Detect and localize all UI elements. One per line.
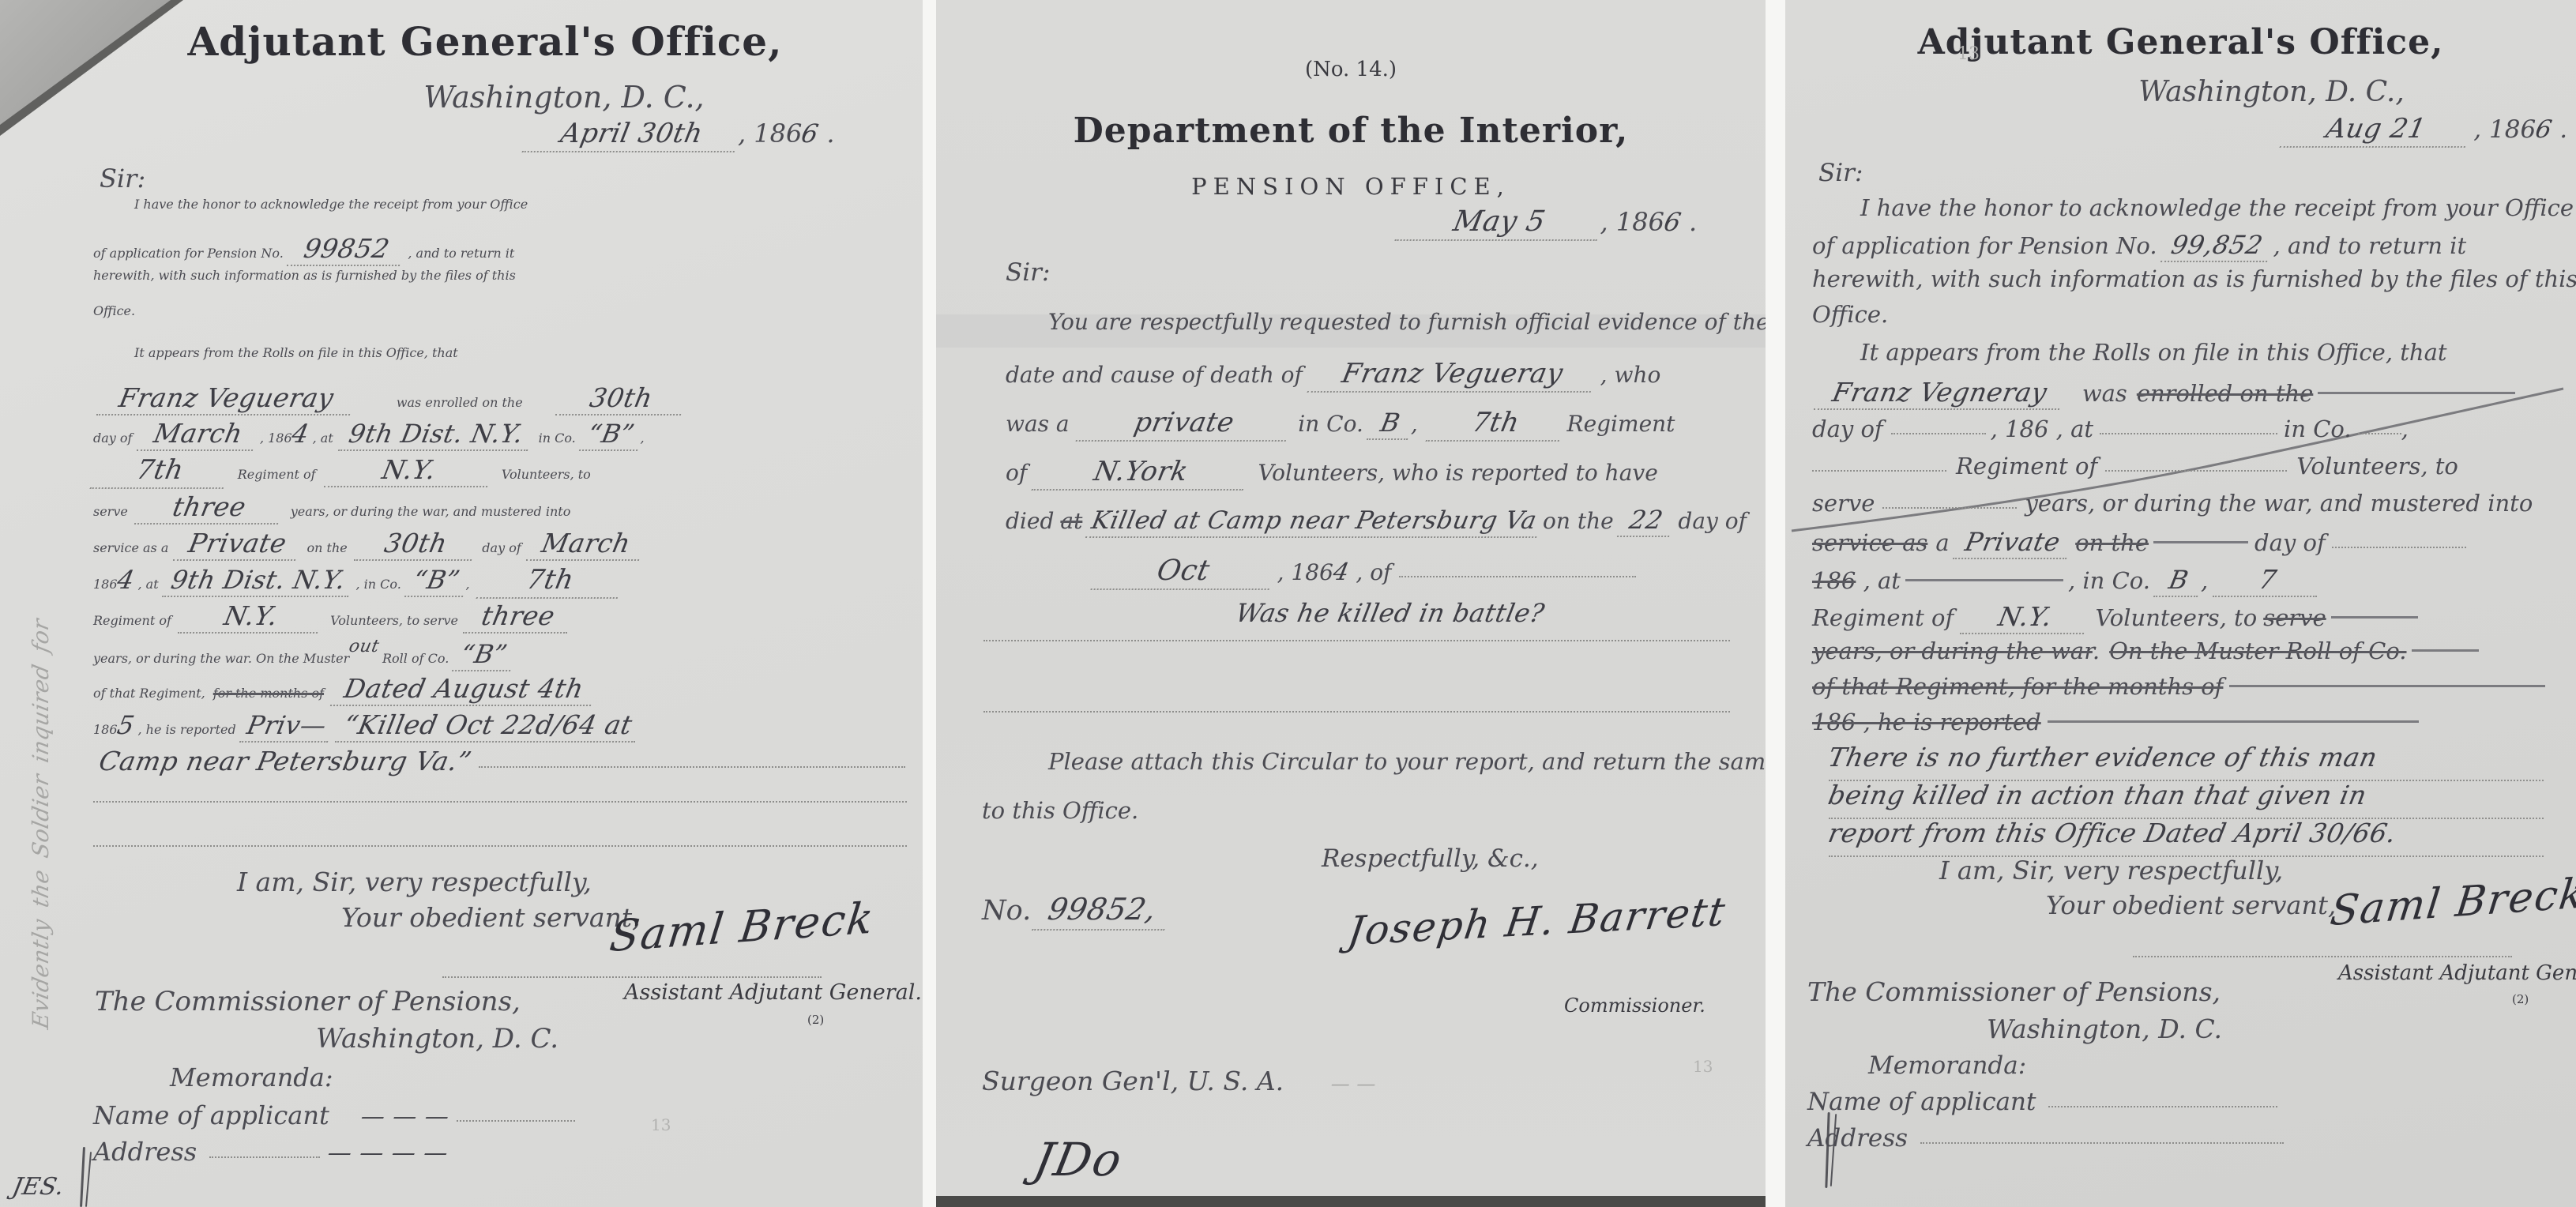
clerk-monogram-text: JDo <box>1029 1131 1128 1189</box>
printed-text: Volunteers, to <box>2296 453 2458 479</box>
printed-text: to this Office. <box>982 797 1138 824</box>
printed-text: at <box>1060 508 1082 534</box>
printed-text: Memoranda: <box>1868 1051 2026 1080</box>
document-line: Your obedient servant, <box>341 901 641 934</box>
margin-note-text: Evidently the Soldier inquired for <box>27 616 55 1031</box>
printed-text: Address <box>93 1137 197 1167</box>
document-line: years, or during the war.On the Muster R… <box>1812 637 2479 665</box>
printed-text: Adjutant General's Office, <box>187 18 782 65</box>
blank-rule <box>2048 1104 2277 1107</box>
document-line: It appears from the Rolls on file in thi… <box>134 345 458 361</box>
printed-text: Assistant Adjutant General. <box>2338 961 2576 985</box>
handwritten-text: There is no further evidence of this man <box>1826 741 2380 773</box>
doc-date: April 30th, 1866 . <box>525 117 835 152</box>
printed-text: PENSION OFFICE, <box>1191 173 1510 200</box>
document-line: Regiment ofN.Y.Volunteers, to servethree <box>93 600 570 634</box>
printed-text: of <box>1006 460 1027 486</box>
doc-date: May 5, 1866 . <box>1398 204 1697 241</box>
handwritten-text: 7th <box>90 453 230 489</box>
handwritten-text: March <box>137 417 260 451</box>
pension-number: No.99852, <box>982 891 1168 931</box>
document-line: Office. <box>93 303 135 319</box>
printed-text: of application for Pension No. <box>93 246 284 261</box>
document-line: Assistant Adjutant General. <box>2338 961 2576 987</box>
printed-text: Office. <box>93 303 135 318</box>
printed-text: . <box>1681 207 1697 237</box>
handwritten-text: Franz Vegneray <box>1814 376 2066 410</box>
printed-text: 186 , he is reported <box>1812 709 2041 735</box>
printed-text: Sir: <box>1006 258 1050 287</box>
document-line: Respectfully, &c., <box>1322 844 1539 874</box>
document-line: You are respectfully requested to furnis… <box>1048 308 1766 336</box>
document-line: I have the honor to acknowledge the rece… <box>134 197 528 212</box>
printed-text: , <box>641 431 645 446</box>
document-line: Surgeon Gen'l, U. S. A.— — <box>982 1065 1376 1097</box>
printed-text: day of <box>482 540 521 555</box>
blank-rule <box>479 765 905 768</box>
blank-rule <box>2133 954 2512 957</box>
document-line: Name of applicant— — — <box>93 1100 575 1132</box>
strike-line <box>2048 720 2419 723</box>
printed-text: Regiment of <box>1812 604 1954 631</box>
printed-text: Assistant Adjutant General. <box>624 980 922 1005</box>
blank-rule <box>1812 468 1946 472</box>
handwritten-finding: There is no further evidence of this man <box>1829 741 2544 781</box>
margin-note: Evidently the Soldier inquired for <box>27 619 55 1028</box>
printed-text: I have the honor to acknowledge the rece… <box>134 197 528 212</box>
clerk-monogram: JDo <box>1035 1131 1123 1189</box>
clerk-initials: JES. <box>9 1172 66 1202</box>
printed-text: was a <box>1006 411 1070 437</box>
handwritten-text: “B” <box>452 638 517 671</box>
printed-text: 186 <box>93 577 118 592</box>
document-line: Address— — — — <box>93 1136 448 1168</box>
document-line: of application for Pension No.99852, and… <box>93 232 514 266</box>
document-line: servethreeyears, or during the war, and … <box>93 491 570 525</box>
faint-stamp: 13 <box>1957 44 1980 64</box>
handwritten-text: B <box>1367 407 1414 440</box>
document-line: The Commissioner of Pensions, <box>1807 976 2221 1008</box>
document-line: Commissioner. <box>1564 994 1705 1017</box>
printed-text: on the <box>2075 529 2149 556</box>
printed-text: Sir: <box>100 164 145 194</box>
handwritten-text: Killed at Camp near Petersburg Va <box>1085 506 1543 538</box>
printed-text: in Co. <box>2284 415 2352 442</box>
handwritten-text: 7 <box>2213 563 2323 597</box>
printed-text: Department of the Interior, <box>1074 111 1629 151</box>
printed-text: , he is reported <box>134 722 235 737</box>
printed-text: was <box>2082 380 2127 407</box>
document-line: JES. <box>13 1172 64 1202</box>
printed-text: Volunteers, to <box>502 467 591 482</box>
document-line: 13 <box>1693 1057 1713 1077</box>
blank-rule <box>2358 431 2401 434</box>
document-line: 13 <box>1957 43 1980 66</box>
printed-text: years, or during the war <box>93 651 248 666</box>
printed-text: date and cause of death of <box>1006 362 1303 388</box>
printed-text: , 186 <box>738 118 802 149</box>
document-line: I have the honor to acknowledge the rece… <box>1860 194 2574 222</box>
handwritten-text: 7th <box>476 563 623 599</box>
signature-text: Saml Breck <box>607 891 878 964</box>
document-line: Memoranda: <box>170 1062 333 1093</box>
printed-text: Regiment <box>1566 411 1675 437</box>
document-line: serveyears, or during the war, and muste… <box>1812 489 2533 517</box>
handwritten-text: Private <box>173 527 303 561</box>
handwritten-text: three <box>134 491 284 525</box>
printed-text: day of <box>1678 508 1747 534</box>
printed-text: , <box>466 577 470 592</box>
signature: Joseph H. Barrett <box>1347 887 1728 956</box>
blank-rule <box>93 799 907 803</box>
handwritten-text: three <box>463 600 573 634</box>
handwritten-text: 99,852 <box>2160 229 2273 262</box>
blank-rule <box>442 975 822 978</box>
printed-text: , 186 <box>1277 559 1333 585</box>
document-line: service asaPrivateon theday of <box>1812 526 2466 559</box>
pen-flourish <box>80 1147 85 1207</box>
handwritten-text: Oct <box>1090 553 1276 590</box>
handwritten-text: N.Y. <box>323 453 494 487</box>
document-line: Washington, D. C. <box>1987 1013 2222 1045</box>
document-line: Franz Vegneraywasenrolled on the <box>1817 376 2515 410</box>
printed-text: (2) <box>2512 992 2529 1006</box>
printed-text: , 186 <box>260 431 292 446</box>
printed-text: died <box>1006 508 1054 534</box>
doc-place: Washington, D. C., <box>103 79 923 117</box>
printed-text: serve <box>93 504 128 519</box>
handwritten-finding: being killed in action than that given i… <box>1829 779 2544 819</box>
printed-text: , 186 <box>1600 207 1664 237</box>
page-right-letter-august: Adjutant General's Office,13Washington, … <box>1785 0 2576 1207</box>
handwritten-text: N.York <box>1032 455 1250 491</box>
printed-text: Washington, D. C. <box>316 1023 558 1055</box>
document-line: was aprivatein Co.B,7thRegiment <box>1006 406 1675 442</box>
document-line: Your obedient servant, <box>2046 889 2336 921</box>
handwritten-text: Private <box>1953 526 2073 559</box>
printed-text: on the <box>307 540 348 555</box>
document-line: Washington, D. C. <box>316 1022 558 1056</box>
handwritten-text: B <box>2153 564 2204 597</box>
signature-text: Joseph H. Barrett <box>1344 887 1729 957</box>
handwritten-text: 9th Dist. N.Y. <box>338 418 534 451</box>
handwritten-text: Dated August 4th <box>330 672 598 706</box>
handwritten-text: N.Y. <box>1960 600 2091 634</box>
document-line: Regiment ofVolunteers, to <box>1812 452 2458 480</box>
printed-text: I am, Sir, very respectfully, <box>237 867 592 897</box>
strike-line <box>2318 392 2515 394</box>
document-line: day ofMarch, 1864 , at9th Dist. N.Y.in C… <box>93 417 645 451</box>
handwritten-text: — — <box>1329 1072 1378 1096</box>
printed-text: day of <box>1812 415 1883 442</box>
handwritten-text: being killed in action than that given i… <box>1826 779 2370 811</box>
printed-text: , at <box>134 577 158 592</box>
handwritten-text: Aug 21 <box>2280 112 2473 148</box>
doc-date: Aug 21, 1866 . <box>2283 112 2567 148</box>
printed-text: , at <box>309 431 333 446</box>
printed-text: was enrolled on the <box>397 395 523 410</box>
printed-text: day of <box>93 431 132 446</box>
scan-edge-strip <box>936 1196 1766 1207</box>
document-line: day of, 186 , atin Co., <box>1812 415 2409 443</box>
handwritten-text: “B” <box>404 564 469 597</box>
printed-text: years, or during the war, and mustered i… <box>291 504 571 519</box>
printed-text: Washington, D. C., <box>2138 76 2405 108</box>
document-line: Memoranda: <box>1868 1051 2026 1081</box>
handwritten-text: 99852 <box>287 232 407 266</box>
printed-text: I am, Sir, very respectfully, <box>1939 855 2283 886</box>
signature: Saml Breck <box>2329 868 2576 937</box>
document-line: years, or during the war. On the Mustero… <box>93 636 513 671</box>
handwritten-text: Priv— <box>239 709 334 743</box>
printed-text: a <box>1935 529 1949 556</box>
handwritten-text: Franz Vegueray <box>1307 357 1597 393</box>
printed-text: herewith, with such information as is fu… <box>1812 265 2576 292</box>
printed-text: Regiment of <box>238 467 316 482</box>
handwritten-text: 7th <box>1425 406 1565 442</box>
handwritten-text: private <box>1075 406 1292 442</box>
printed-text: Surgeon Gen'l, U. S. A. <box>982 1066 1284 1096</box>
printed-text: of that Regiment, for the months of <box>1812 673 2223 700</box>
printed-text: Your obedient servant, <box>341 902 641 933</box>
page-left-letter-april: Adjutant General's Office,Washington, D.… <box>0 0 923 1207</box>
document-line: 1864 , at9th Dist. N.Y., in Co.“B”,7th <box>93 563 620 599</box>
printed-text: years, or during the war, and mustered i… <box>2025 490 2533 517</box>
printed-text: of that Regiment, <box>93 686 205 701</box>
handwritten-text: March <box>526 527 646 561</box>
blank-rule <box>1399 574 1636 577</box>
document-line: Please attach this Circular to your repo… <box>1048 747 1766 776</box>
printed-text: day of <box>2254 529 2326 556</box>
printed-text: , and to return it <box>408 246 514 261</box>
printed-text: Volunteers, who is reported to have <box>1258 460 1657 486</box>
document-line <box>93 837 907 853</box>
document-line: 186 , he is reported <box>1812 708 2419 736</box>
printed-text: Washington, D. C. <box>1987 1013 2222 1044</box>
printed-text: of application for Pension No. <box>1812 232 2157 259</box>
handwritten-text: 99852, <box>1032 891 1172 931</box>
document-line: date and cause of death ofFranz Vegueray… <box>1006 357 1660 393</box>
handwritten-text: April 30th <box>522 117 742 152</box>
document-line: diedatKilled at Camp near Petersburg Vao… <box>1006 504 1747 538</box>
printed-text: You are respectfully requested to furnis… <box>1048 309 1766 335</box>
printed-text: . <box>818 118 834 149</box>
printed-text: , 186 , at <box>1991 415 2093 442</box>
blank-rule <box>457 1119 575 1122</box>
doc-heading: Department of the Interior, <box>936 109 1766 152</box>
document-line: 1865 , he is reportedPriv—“Killed Oct 22… <box>93 709 638 743</box>
doc-place: Washington, D. C., <box>1876 74 2576 110</box>
printed-text: , in Co. <box>2068 567 2150 594</box>
document-line: Name of applicant <box>1807 1087 2277 1118</box>
handwritten-text: — — — — <box>325 1138 451 1168</box>
pen-flourish <box>85 1152 92 1207</box>
document-line: Sir: <box>100 163 145 194</box>
signature-text: Saml Breck <box>2327 868 2576 938</box>
printed-text: years, or during the war <box>1812 637 2093 664</box>
printed-text: , in Co. <box>355 577 401 592</box>
printed-text: 186 <box>93 722 118 737</box>
handwritten-text: May 5 <box>1394 204 1604 241</box>
document-line: The Commissioner of Pensions, <box>95 985 521 1019</box>
printed-text: Regiment of <box>93 613 171 628</box>
printed-text: , <box>2401 415 2409 442</box>
printed-text: It appears from the Rolls on file in thi… <box>134 345 458 360</box>
printed-text: in Co. <box>539 431 576 446</box>
signature: Saml Breck <box>608 892 876 964</box>
document-line <box>983 632 1730 648</box>
printed-text: On the Muster Roll of Co. <box>2109 637 2406 664</box>
blank-rule <box>2105 468 2287 472</box>
handwritten-text: — — — <box>358 1102 452 1132</box>
strike-line <box>2331 616 2418 619</box>
blank-rule <box>1920 1141 2284 1144</box>
printed-text: Name of applicant <box>1807 1088 2036 1116</box>
document-line: herewith, with such information as is fu… <box>93 268 516 284</box>
document-line: Regiment ofN.Y.Volunteers, toserve <box>1812 600 2418 634</box>
printed-text: , at <box>1856 567 1901 594</box>
printed-text: Regiment of <box>1956 453 2097 479</box>
faint-stamp: 13 <box>1693 1057 1713 1076</box>
document-line: of that Regiment,for the months ofDated … <box>93 672 594 706</box>
blank-rule <box>93 844 907 847</box>
printed-text: herewith, with such information as is fu… <box>93 268 516 283</box>
document-line: Franz Vegueraywas enrolled on the30th <box>100 382 683 415</box>
printed-text: Commissioner. <box>1564 995 1705 1017</box>
doc-subheading: PENSION OFFICE, <box>936 172 1766 201</box>
blank-rule <box>209 1155 320 1158</box>
printed-text: The Commissioner of Pensions, <box>1807 976 2221 1007</box>
printed-text: . On the Muster <box>248 651 349 666</box>
document-line: Camp near Petersburg Va.” <box>100 745 905 777</box>
document-line <box>983 703 1730 719</box>
document-line: ofN.YorkVolunteers, who is reported to h… <box>1006 455 1658 491</box>
form-number: (No. 14.) <box>936 57 1766 83</box>
document-line: of application for Pension No.99,852, an… <box>1812 229 2466 262</box>
handwritten-text: 9th Dist. N.Y. <box>162 564 355 597</box>
handwritten-text: “B” <box>579 418 644 451</box>
document-line: service as aPrivateon the30thday ofMarch <box>93 527 642 561</box>
handwritten-text: Was he killed in battle? <box>1233 597 1547 629</box>
page-middle-pension-circular: (No. 14.)Department of the Interior,PENS… <box>936 0 1766 1207</box>
handwritten-text: 30th <box>555 382 686 415</box>
document-line: Assistant Adjutant General. <box>624 980 922 1006</box>
printed-text: Please attach this Circular to your repo… <box>1048 748 1766 775</box>
printed-text: , who <box>1600 362 1661 388</box>
printed-text: Memoranda: <box>170 1062 333 1092</box>
handwritten-text: Franz Vegueray <box>96 382 356 415</box>
printed-text: . <box>2093 637 2100 664</box>
handwritten-text: “Killed Oct 22d/64 at <box>335 709 641 743</box>
printed-text: in Co. <box>1298 411 1363 437</box>
document-line: (2) <box>2512 992 2529 1007</box>
document-line: to this Office. <box>982 796 1138 825</box>
handwritten-text: 30th <box>354 527 478 561</box>
printed-text: Washington, D. C., <box>423 80 704 115</box>
document-line: Office. <box>1812 300 1888 329</box>
strike-line <box>2153 541 2248 543</box>
printed-text: . <box>2552 115 2567 144</box>
handwritten-text: Camp near Petersburg Va.” <box>96 745 474 777</box>
strike-line <box>2412 649 2479 652</box>
handwritten-text: N.Y. <box>178 600 325 634</box>
printed-text: Adjutant General's Office, <box>1918 22 2444 62</box>
document-line: of that Regiment, for the months of <box>1812 672 2545 701</box>
printed-text: Sir: <box>1818 159 1863 187</box>
printed-text: The Commissioner of Pensions, <box>95 986 521 1017</box>
printed-text: , 186 <box>2473 115 2536 144</box>
blank-rule <box>983 638 1730 641</box>
document-line: 13 <box>651 1115 671 1135</box>
strike-line <box>2229 685 2545 687</box>
document-line: I am, Sir, very respectfully, <box>237 866 592 898</box>
blank-rule <box>983 709 1730 713</box>
printed-text: 186 <box>1812 567 1856 594</box>
document-line: 7thRegiment ofN.Y.Volunteers, to <box>93 453 591 489</box>
document-line: (2) <box>807 1013 824 1028</box>
blank-rule <box>1891 431 1986 434</box>
blank-rule <box>2332 545 2466 548</box>
printed-text: , of <box>1349 559 1392 585</box>
blank-rule <box>2100 431 2277 434</box>
document-line: Address <box>1807 1123 2284 1154</box>
printed-text: Roll of Co. <box>382 651 449 666</box>
printed-text: , and to return it <box>2273 232 2467 259</box>
document-line: herewith, with such information as is fu… <box>1812 265 2576 293</box>
printed-text: (2) <box>807 1013 824 1027</box>
document-line: Sir: <box>1006 258 1050 288</box>
printed-text: Your obedient servant, <box>2046 890 2336 920</box>
printed-text: service as a <box>93 540 168 555</box>
printed-text: Volunteers, to <box>2096 604 2258 631</box>
doc-heading: Adjutant General's Office, <box>1785 21 2576 64</box>
doc-heading: Adjutant General's Office, <box>24 17 923 67</box>
strike-line <box>1905 579 2063 581</box>
printed-text: No. <box>982 895 1031 927</box>
blank-rule <box>1882 506 2017 509</box>
document-line: It appears from the Rolls on file in thi… <box>1860 338 2447 367</box>
handwritten-text: out <box>348 636 382 658</box>
printed-text: serve <box>2263 604 2326 631</box>
printed-text: Name of applicant <box>93 1100 329 1130</box>
document-line: I am, Sir, very respectfully, <box>1939 855 2283 886</box>
printed-text: on the <box>1543 508 1614 534</box>
document-line: 186 , at, in Co.B,7 <box>1812 563 2320 597</box>
handwritten-finding: report from this Office Dated April 30/6… <box>1829 817 2544 857</box>
printed-text: for the months of <box>213 686 324 701</box>
printed-text: (No. 14.) <box>1305 58 1397 81</box>
printed-text: Respectfully, &c., <box>1322 844 1539 873</box>
handwritten-text: report from this Office Dated April 30/6… <box>1826 817 2399 849</box>
document-line: Oct, 1864 , of <box>1094 553 1636 590</box>
printed-text: It appears from the Rolls on file in thi… <box>1860 339 2447 366</box>
printed-text: enrolled on the <box>2137 380 2314 407</box>
faint-stamp: 13 <box>651 1115 671 1134</box>
handwritten-text: 22 <box>1617 504 1675 537</box>
printed-text: Address <box>1807 1124 1908 1152</box>
printed-text: Volunteers, to serve <box>330 613 458 628</box>
scanned-documents: Adjutant General's Office,Washington, D.… <box>0 0 2576 1207</box>
printed-text: serve <box>1812 490 1875 517</box>
document-line <box>93 793 907 809</box>
printed-text: I have the honor to acknowledge the rece… <box>1860 194 2574 221</box>
document-line: Sir: <box>1818 158 1863 189</box>
handwritten-answer: Was he killed in battle? <box>1236 597 1544 629</box>
printed-text: Office. <box>1812 301 1888 328</box>
printed-text: service as <box>1812 529 1927 556</box>
